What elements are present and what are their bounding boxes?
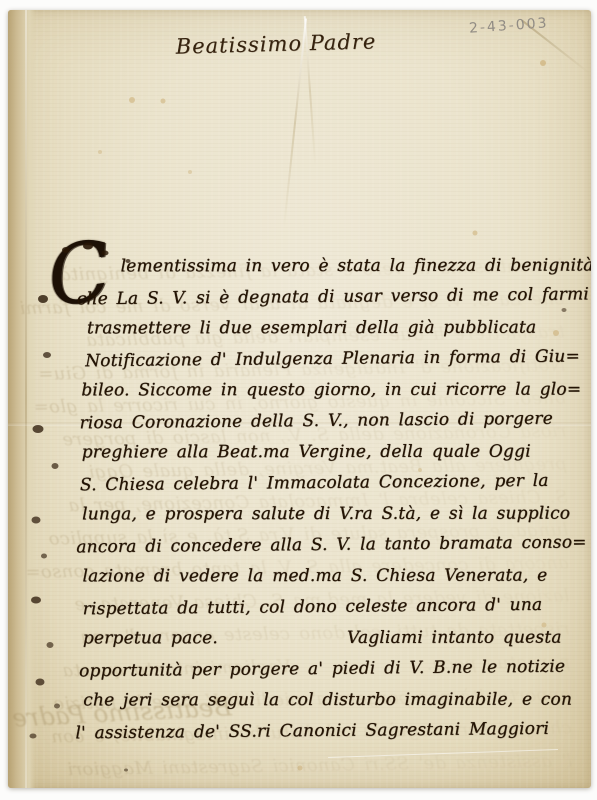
scan-backdrop: lementissima in vero è stata la finezza … <box>0 0 597 800</box>
manuscript-line: S. Chiesa celebra l' Immacolata Concezio… <box>70 466 569 502</box>
manuscript-body: lementissima in vero è stata la finezza … <box>68 249 570 748</box>
manuscript-line: lazione di vedere la med.ma S. Chiesa Ve… <box>70 561 569 593</box>
manuscript-line: perpetua pace. Vagliami intanto questa <box>71 623 570 655</box>
manuscript-line: preghiere alla Beat.ma Vergine, della qu… <box>70 437 569 469</box>
manuscript-line: lunga, e prospera salute di V.ra S.tà, e… <box>70 499 569 531</box>
manuscript-line: lementissima in vero è stata la finezza … <box>69 251 568 283</box>
manuscript-line: Notificazione d' Indulgenza Plenaria in … <box>69 342 568 378</box>
manuscript-line: l' assistenza de' SS.ri Canonici Sagrest… <box>71 714 570 750</box>
manuscript-line: bileo. Siccome in questo giorno, in cui … <box>69 375 568 407</box>
manuscript-line: che jeri sera seguì la col disturbo imag… <box>71 685 570 717</box>
manuscript-line: rispettata da tutti, col dono celeste an… <box>71 590 570 626</box>
letter-sheet: lementissima in vero è stata la finezza … <box>8 10 591 788</box>
manuscript-line: opportunità per porgere a' piedi di V. B… <box>71 652 570 688</box>
left-fold-ridge <box>25 10 27 788</box>
manuscript-line: riosa Coronazione della S. V., non lasci… <box>69 404 568 440</box>
manuscript-line: che La S. V. si è degnata di usar verso … <box>69 280 568 316</box>
left-fold-shading <box>8 10 36 788</box>
manuscript-line: trasmettere li due esemplari della già p… <box>69 313 568 345</box>
manuscript-line: ancora di concedere alla S. V. la tanto … <box>70 528 569 564</box>
